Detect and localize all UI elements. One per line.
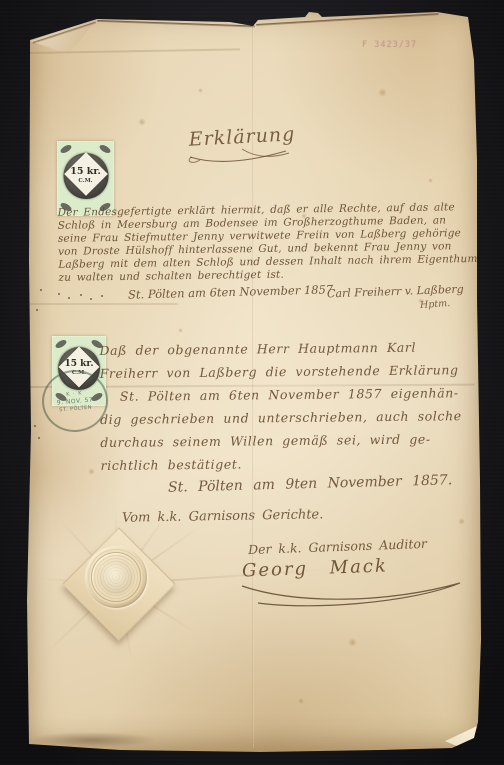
stamp-corner-ornament <box>59 143 72 154</box>
ink-speck <box>34 425 36 427</box>
foxing-spot <box>428 178 433 183</box>
handwritten-line: durchaus seinem Willen gemäß sei, wird g… <box>100 427 480 454</box>
body-paragraph-1: Der Endesgefertigte erklärt hiermit, daß… <box>57 201 462 285</box>
foxing-spot <box>88 468 95 475</box>
photo-background: F 3423/37 Erklärung 15 kr. C.M. Der Ende… <box>0 0 504 765</box>
foxing-spot <box>301 213 307 219</box>
body-paragraph-2: Daß der obgenannte Herr Hauptmann Karl F… <box>99 335 480 477</box>
ink-speck <box>38 437 40 439</box>
stamp-corner-ornament <box>98 143 111 154</box>
stamp-currency: C.M. <box>58 178 113 184</box>
stamp-corner-ornament <box>54 338 67 349</box>
foxing-spot <box>138 118 146 126</box>
ink-speck <box>36 309 38 311</box>
foxing-spot <box>418 298 424 304</box>
stamp-value: 15 kr. <box>53 359 105 369</box>
ink-speck <box>90 298 92 300</box>
document-paper-sheet: F 3423/37 Erklärung 15 kr. C.M. Der Ende… <box>27 12 481 752</box>
foxing-spot <box>178 328 183 333</box>
ink-speck <box>58 293 60 295</box>
ink-speck <box>80 294 82 296</box>
signature-declarant-rank: Hptm. <box>420 298 451 311</box>
embossed-eagle-seal <box>85 546 147 608</box>
revenue-stamp-top: 15 kr. C.M. <box>57 141 114 216</box>
faint-reference-number: F 3423/37 <box>362 40 417 50</box>
ink-speck <box>101 295 103 297</box>
ink-speck <box>40 289 42 291</box>
stamp-value: 15 kr. <box>58 166 113 177</box>
foxing-spot <box>298 698 304 704</box>
ink-speck <box>68 297 70 299</box>
foxing-spot <box>198 88 203 93</box>
foxing-spot <box>348 638 357 647</box>
foxing-spot <box>458 518 465 525</box>
seal-relief-center <box>99 560 133 594</box>
foxing-spot <box>378 88 387 97</box>
